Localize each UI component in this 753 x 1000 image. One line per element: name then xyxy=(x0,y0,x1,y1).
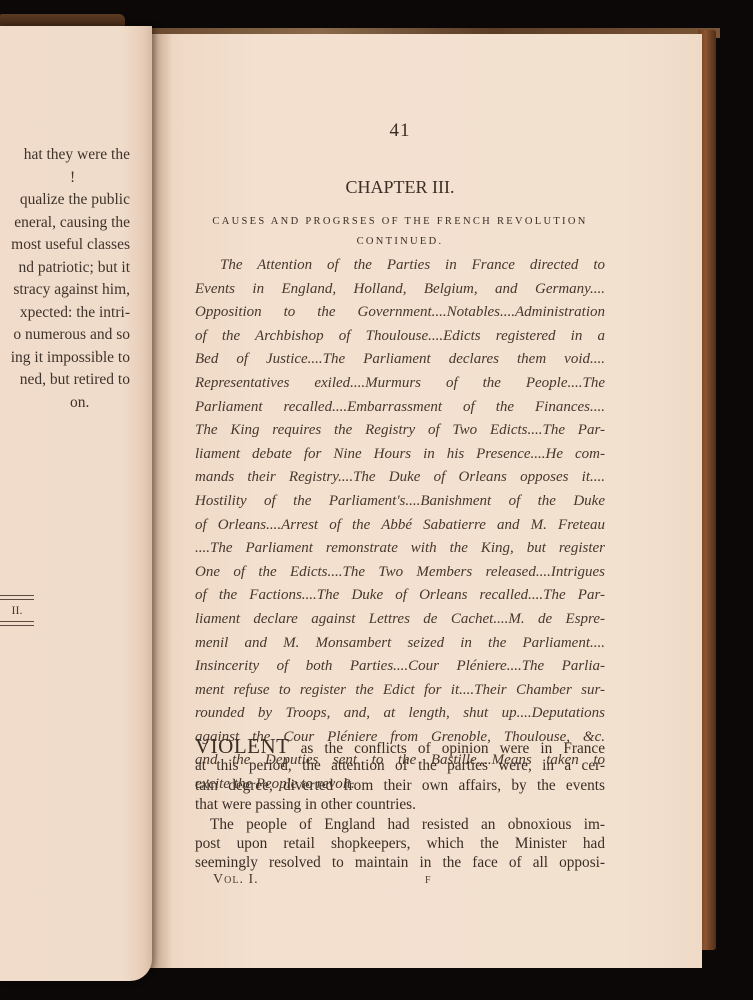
left-line: qualize the public xyxy=(0,189,130,212)
right-page: 41 CHAPTER III. CAUSES AND PROGRSES OF T… xyxy=(150,34,702,968)
subtitle-line: CONTINUED. xyxy=(195,232,605,252)
left-line: xpected: the intri- xyxy=(0,302,130,325)
summary-line: The Attention of the Parties in France d… xyxy=(195,254,605,278)
left-line: o numerous and so xyxy=(0,324,130,347)
summary-line: menil and M. Monsambert seized in the Pa… xyxy=(195,632,605,656)
left-line: nd patriotic; but it xyxy=(0,257,130,280)
subtitle-line: CAUSES AND PROGRSES OF THE FRENCH REVOLU… xyxy=(195,212,605,232)
body-line-rest: as the conflicts of opinion were in Fran… xyxy=(289,740,605,757)
summary-line: mands their Registry....The Duke of Orle… xyxy=(195,466,605,490)
body-line: seemingly resolved to maintain in the fa… xyxy=(195,853,605,872)
left-line: on. xyxy=(0,392,130,415)
summary-line: ....The Parliament remonstrate with the … xyxy=(195,537,605,561)
gutter-shadow xyxy=(150,34,172,968)
chapter-subtitle: CAUSES AND PROGRSES OF THE FRENCH REVOLU… xyxy=(195,212,605,252)
summary-line: liament declare against Lettres de Cache… xyxy=(195,608,605,632)
left-page: hat they were the ! qualize the public e… xyxy=(0,26,152,981)
chapter-title: CHAPTER III. xyxy=(195,177,605,198)
summary-line: Parliament recalled....Embarrassment of … xyxy=(195,396,605,420)
body-line: at this period, the attention of the par… xyxy=(195,756,605,775)
body-line: that were passing in other countries. xyxy=(195,795,605,814)
footer-mark: II. xyxy=(0,603,34,618)
summary-line: of the Factions....The Duke of Orleans r… xyxy=(195,584,605,608)
chapter-summary: The Attention of the Parties in France d… xyxy=(195,254,605,797)
summary-line: One of the Edicts....The Two Members rel… xyxy=(195,561,605,585)
body-line: post upon retail shopkeepers, which the … xyxy=(195,834,605,853)
footer-rule xyxy=(0,595,34,600)
left-line: most useful classes xyxy=(0,234,130,257)
summary-line: Opposition to the Government....Notables… xyxy=(195,301,605,325)
footer-rule xyxy=(0,621,34,626)
left-page-text: hat they were the ! qualize the public e… xyxy=(0,144,130,414)
body-text: VIOLENT as the conflicts of opinion were… xyxy=(195,737,605,873)
left-page-footer: II. xyxy=(0,592,34,629)
summary-line: rounded by Troops, and, at length, shut … xyxy=(195,702,605,726)
summary-line: liament debate for Nine Hours in his Pre… xyxy=(195,443,605,467)
left-line: hat they were the xyxy=(0,144,130,167)
summary-line: Events in England, Holland, Belgium, and… xyxy=(195,278,605,302)
left-line: ned, but retired to xyxy=(0,369,130,392)
summary-line: Bed of Justice....The Parliament declare… xyxy=(195,348,605,372)
left-line: eneral, causing the xyxy=(0,212,130,235)
summary-line: of the Archbishop of Thoulouse....Edicts… xyxy=(195,325,605,349)
summary-line: Insincerity of both Parties....Cour Plén… xyxy=(195,655,605,679)
summary-line: ment refuse to register the Edict for it… xyxy=(195,679,605,703)
left-line: ing it impossible to xyxy=(0,347,130,370)
summary-line: Representatives exiled....Murmurs of the… xyxy=(195,372,605,396)
body-line: tain degree, diverted from their own aff… xyxy=(195,776,605,795)
summary-line: Hostility of the Parliament's....Banishm… xyxy=(195,490,605,514)
left-line: stracy against him, xyxy=(0,279,130,302)
summary-line: The King requires the Registry of Two Ed… xyxy=(195,419,605,443)
summary-line: of Orleans....Arrest of the Abbé Sabatie… xyxy=(195,514,605,538)
left-line: ! xyxy=(0,167,130,190)
drop-word: VIOLENT xyxy=(195,734,289,758)
body-line-first: VIOLENT as the conflicts of opinion were… xyxy=(195,737,605,756)
signature-mark: F xyxy=(425,875,431,886)
page-number: 41 xyxy=(195,120,605,142)
volume-mark: Vol. I. xyxy=(213,872,259,888)
body-line: The people of England had resisted an ob… xyxy=(195,815,605,834)
